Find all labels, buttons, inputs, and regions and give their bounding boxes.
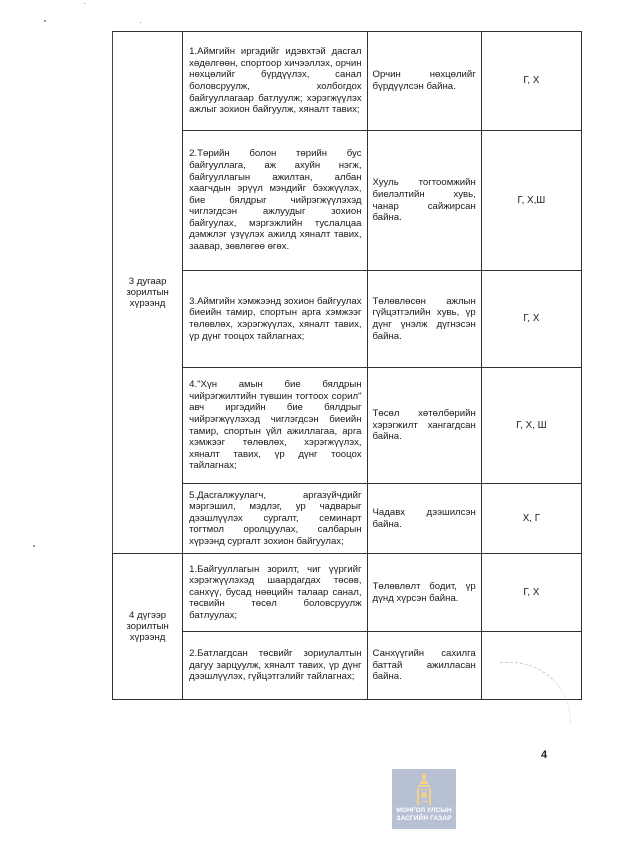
activity-cell: 3.Аймгийн хэмжээнд зохион байгуулах биеи… — [183, 271, 367, 368]
logo-text-line2: ЗАСГИЙН ГАЗАР — [392, 815, 456, 823]
logo-text-line1: МОНГОЛ УЛСЫН — [392, 807, 456, 815]
scan-speck — [84, 3, 85, 4]
activity-cell: 2.Төрийн болон төрийн бус байгууллага, а… — [183, 131, 367, 271]
government-logo: МОНГОЛ УЛСЫН ЗАСГИЙН ГАЗАР — [392, 769, 456, 829]
activity-cell: 1.Байгууллагын зорилт, чиг үүргийг хэрэг… — [183, 554, 367, 632]
table-row: 3.Аймгийн хэмжээнд зохион байгуулах биеи… — [113, 271, 582, 368]
table-row: 5.Дасгалжуулагч, аргазүйчдийг мэргэшил, … — [113, 484, 582, 554]
result-cell: Төлөвлөлт бодит, үр дүнд хүрсэн байна. — [367, 554, 481, 632]
result-cell: Хууль тогтоомжийн биелэлтийн хувь, чанар… — [367, 131, 481, 271]
soyombo-emblem-icon — [417, 773, 431, 807]
responsible-cell: Г, Х, Ш — [481, 368, 581, 484]
result-cell: Төсөл хөтөлбөрийн хэрэгжилт хангагдсан б… — [367, 368, 481, 484]
goal-label: 3 дугаар зорилтын хүрээнд — [126, 276, 169, 309]
action-plan-table: 3 дугаар зорилтын хүрээнд 1.Аймгийн иргэ… — [112, 31, 582, 700]
responsible-cell: Г, Х — [481, 554, 581, 632]
responsible-cell: Г, Х,Ш — [481, 131, 581, 271]
scan-speck — [33, 545, 35, 547]
result-cell: Санхүүгийн сахилга баттай ажилласан байн… — [367, 632, 481, 700]
page-number: 4 — [541, 749, 547, 761]
goal-label: 4 дүгээр зорилтын хүрээнд — [126, 610, 169, 643]
activity-cell: 1.Аймгийн иргэдийг идэвхтэй дасгал хөдөл… — [183, 32, 367, 131]
result-cell: Орчин нөхцөлийг бүрдүүлсэн байна. — [367, 32, 481, 131]
responsible-cell: Г, Х — [481, 32, 581, 131]
goal-cell: 3 дугаар зорилтын хүрээнд — [113, 32, 183, 554]
scan-speck — [44, 20, 46, 22]
responsible-cell: Г, Х — [481, 271, 581, 368]
table-row: 4 дүгээр зорилтын хүрээнд 1.Байгууллагын… — [113, 554, 582, 632]
activity-cell: 4."Хүн амын бие бялдрын чийрэгжилтийн тү… — [183, 368, 367, 484]
table-row: 3 дугаар зорилтын хүрээнд 1.Аймгийн иргэ… — [113, 32, 582, 131]
scan-speck — [140, 22, 141, 23]
result-cell: Чадавх дээшилсэн байна. — [367, 484, 481, 554]
activity-cell: 5.Дасгалжуулагч, аргазүйчдийг мэргэшил, … — [183, 484, 367, 554]
table-row: 2.Төрийн болон төрийн бус байгууллага, а… — [113, 131, 582, 271]
activity-cell: 2.Батлагдсан төсвийг зориулалтын дагуу з… — [183, 632, 367, 700]
document-page: 3 дугаар зорилтын хүрээнд 1.Аймгийн иргэ… — [0, 0, 639, 851]
result-cell: Төлөвлөсөн ажлын гүйцэтгэлийн хувь, үр д… — [367, 271, 481, 368]
responsible-cell: Х, Г — [481, 484, 581, 554]
goal-cell: 4 дүгээр зорилтын хүрээнд — [113, 554, 183, 700]
table-row: 4."Хүн амын бие бялдрын чийрэгжилтийн тү… — [113, 368, 582, 484]
